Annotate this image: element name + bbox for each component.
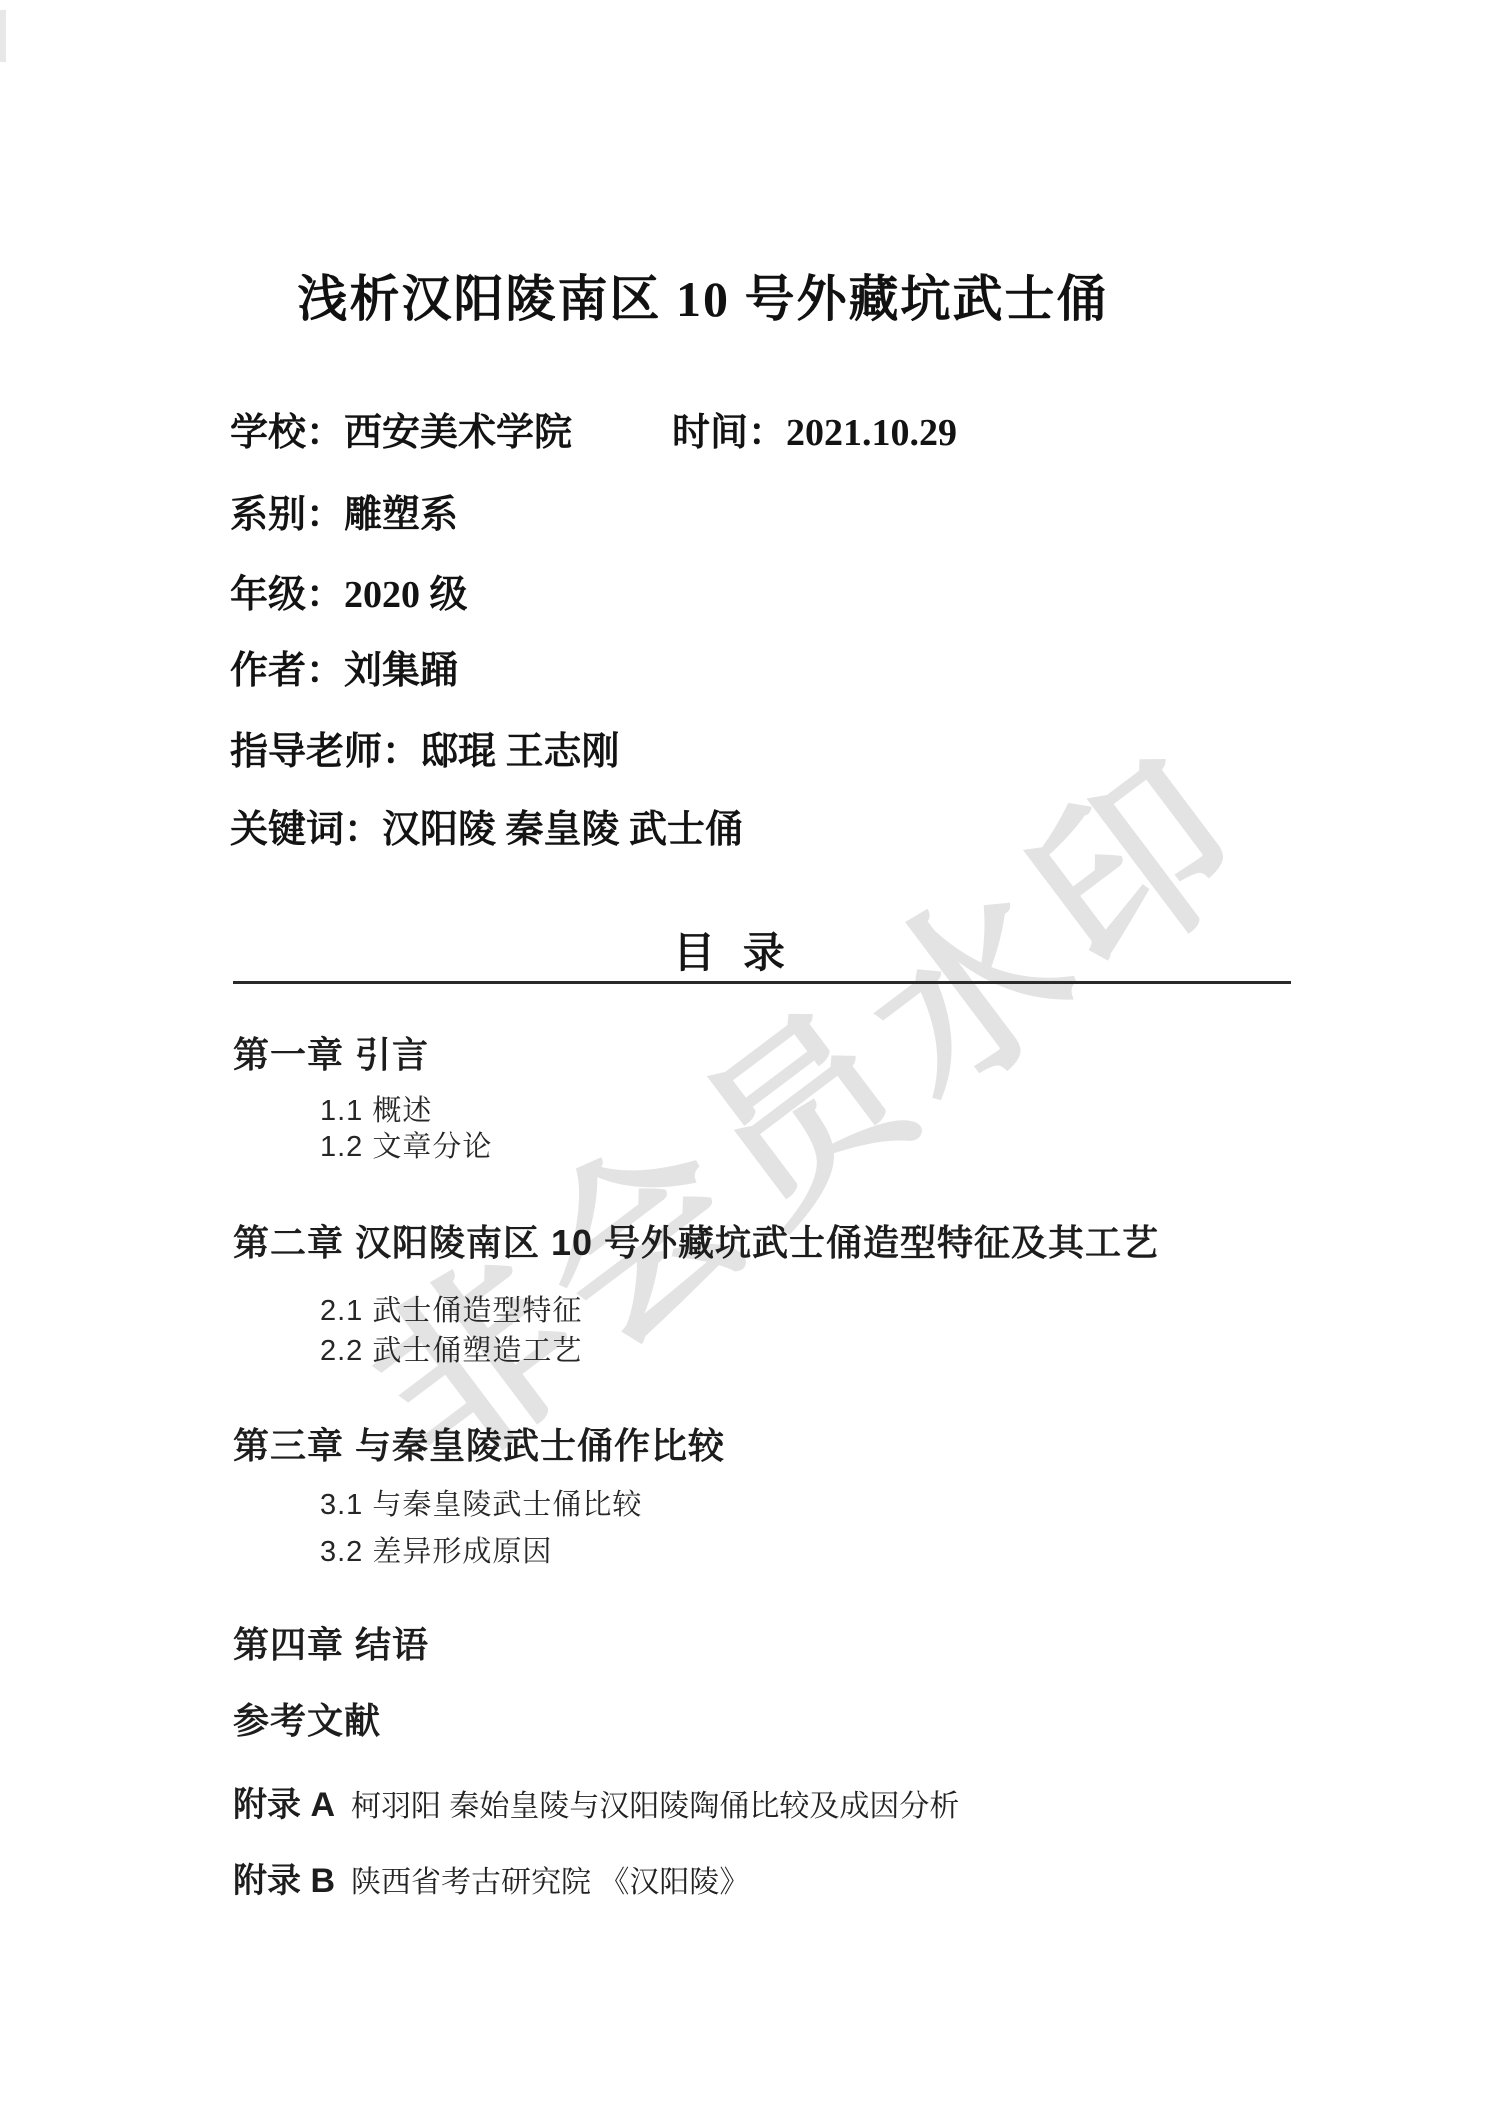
document-page: 非会员水印 浅析汉阳陵南区 10 号外藏坑武士俑 学校：西安美术学院 时间：20… [0, 0, 1500, 2122]
time-value: 2021.10.29 [786, 412, 957, 454]
toc-chapter-2: 第二章 汉阳陵南区 10 号外藏坑武士俑造型特征及其工艺 [233, 1222, 1159, 1263]
page-title: 浅析汉阳陵南区 10 号外藏坑武士俑 [233, 272, 1173, 327]
department-value: 雕塑系 [344, 494, 458, 536]
toc-sub-3-2: 3.2 差异形成原因 [320, 1536, 552, 1569]
toc-sub-1-2: 1.2 文章分论 [320, 1131, 492, 1164]
toc-appendix-a: 附录 A柯羽阳 秦始皇陵与汉阳陵陶俑比较及成因分析 [233, 1786, 959, 1825]
meta-pair-time: 时间：2021.10.29 [672, 412, 957, 456]
author-label: 作者： [230, 650, 344, 692]
time-label: 时间： [672, 412, 786, 454]
grade-value: 2020 级 [344, 574, 468, 616]
keywords-value: 汉阳陵 秦皇陵 武士俑 [382, 809, 743, 851]
keywords-label: 关键词： [230, 809, 382, 851]
meta-row-department: 系别：雕塑系 [230, 494, 1470, 538]
appendix-b-label: 附录 B [233, 1862, 335, 1900]
appendix-a-text: 柯羽阳 秦始皇陵与汉阳陵陶俑比较及成因分析 [351, 1790, 959, 1823]
toc-sub-2-2: 2.2 武士俑塑造工艺 [320, 1335, 582, 1368]
toc-sub-2-1: 2.1 武士俑造型特征 [320, 1295, 582, 1328]
author-value: 刘集踊 [344, 650, 458, 692]
grade-label: 年级： [230, 574, 344, 616]
appendix-a-label: 附录 A [233, 1786, 335, 1824]
toc-sub-3-1: 3.1 与秦皇陵武士俑比较 [320, 1489, 642, 1522]
meta-row-advisor: 指导老师：邸琨 王志刚 [230, 731, 1470, 775]
appendix-b-text: 陕西省考古研究院 《汉阳陵》 [351, 1866, 749, 1899]
toc-heading: 目 录 [233, 920, 1233, 980]
toc-appendix-b: 附录 B陕西省考古研究院 《汉阳陵》 [233, 1862, 749, 1901]
toc-sub-1-1: 1.1 概述 [320, 1095, 432, 1128]
toc-chapter-4: 第四章 结语 [233, 1624, 429, 1665]
document-content: 浅析汉阳陵南区 10 号外藏坑武士俑 学校：西安美术学院 时间：2021.10.… [0, 0, 1500, 2122]
toc-references: 参考文献 [233, 1700, 381, 1741]
school-value: 西安美术学院 [344, 412, 572, 454]
school-label: 学校： [230, 412, 344, 454]
department-label: 系别： [230, 494, 344, 536]
advisor-value: 邸琨 王志刚 [420, 731, 620, 773]
advisor-label: 指导老师： [230, 731, 420, 773]
toc-chapter-1: 第一章 引言 [233, 1034, 429, 1075]
toc-chapter-3: 第三章 与秦皇陵武士俑作比较 [233, 1425, 725, 1466]
toc-divider [233, 981, 1291, 984]
meta-row-grade: 年级：2020 级 [230, 574, 1470, 618]
meta-row-keywords: 关键词：汉阳陵 秦皇陵 武士俑 [230, 809, 1470, 853]
meta-row-school: 学校：西安美术学院 时间：2021.10.29 [230, 412, 1470, 456]
meta-row-author: 作者：刘集踊 [230, 650, 1470, 694]
